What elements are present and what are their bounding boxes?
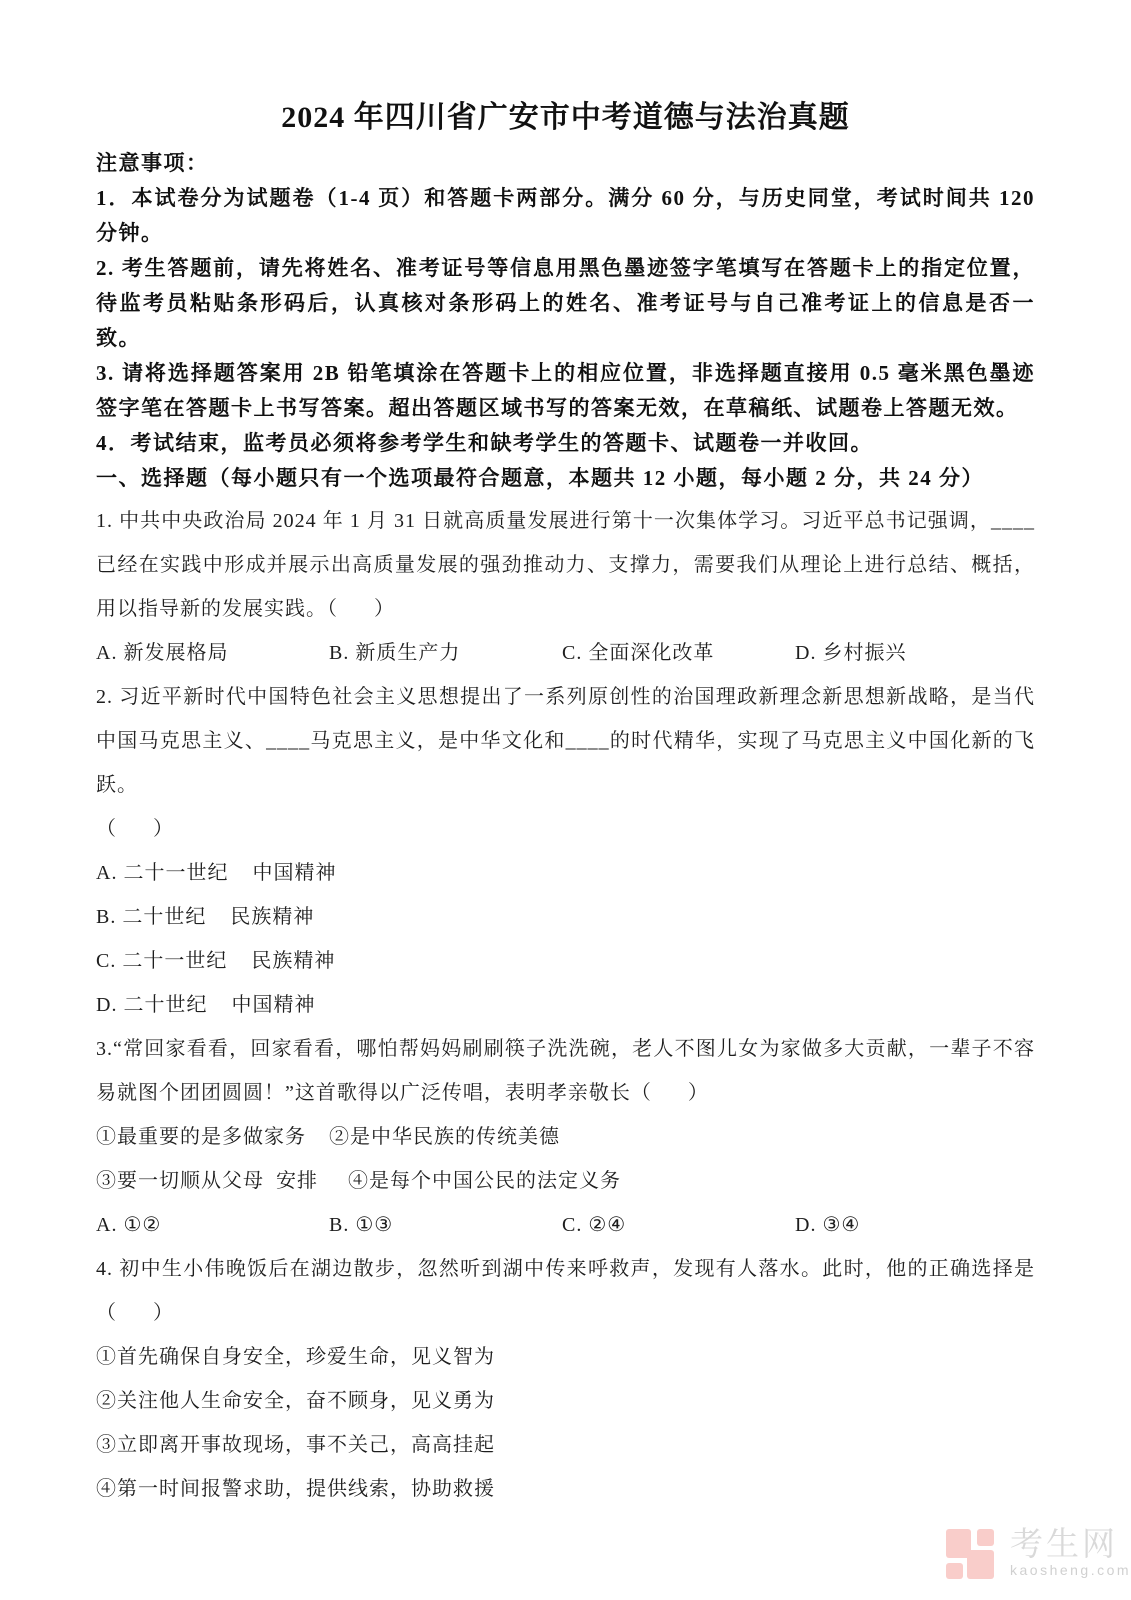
question-3-option-a: A. ①② bbox=[96, 1203, 329, 1247]
notice-item-2: 2. 考生答题前，请先将姓名、准考证号等信息用黑色墨迹签字笔填写在答题卡上的指定… bbox=[96, 251, 1035, 356]
question-3-stem: 3.“常回家看看，回家看看，哪怕帮妈妈刷刷筷子洗洗碗，老人不图儿女为家做多大贡献… bbox=[96, 1027, 1035, 1115]
notice-item-4: 4．考试结束，监考员必须将参考学生和缺考学生的答题卡、试题卷一并收回。 bbox=[96, 426, 1035, 461]
question-3-option-c: C. ②④ bbox=[562, 1203, 795, 1247]
watermark: 考生网 kaosheng.com bbox=[946, 1524, 1131, 1579]
notice-item-1: 1．本试卷分为试题卷（1-4 页）和答题卡两部分。满分 60 分，与历史同堂，考… bbox=[96, 181, 1035, 251]
question-1-option-b: B. 新质生产力 bbox=[329, 631, 562, 675]
question-1-stem: 1. 中共中央政治局 2024 年 1 月 31 日就高质量发展进行第十一次集体… bbox=[96, 499, 1035, 631]
question-1-option-a: A. 新发展格局 bbox=[96, 631, 329, 675]
question-3-option-d: D. ③④ bbox=[795, 1203, 1035, 1247]
question-2-option-a: A. 二十一世纪 中国精神 bbox=[96, 851, 1035, 895]
question-3-statements-row-1: ①最重要的是多做家务 ②是中华民族的传统美德 bbox=[96, 1115, 1035, 1159]
question-1-options: A. 新发展格局 B. 新质生产力 C. 全面深化改革 D. 乡村振兴 bbox=[96, 631, 1035, 675]
question-3-statement-1: ①最重要的是多做家务 bbox=[96, 1115, 329, 1159]
watermark-text: 考生网 kaosheng.com bbox=[1010, 1526, 1131, 1579]
question-3-statements-row-2: ③要一切顺从父母 安排 ④是每个中国公民的法定义务 bbox=[96, 1159, 1035, 1203]
question-1-option-c: C. 全面深化改革 bbox=[562, 631, 795, 675]
question-2-stem: 2. 习近平新时代中国特色社会主义思想提出了一系列原创性的治国理政新理念新思想新… bbox=[96, 675, 1035, 807]
section-one-heading: 一、选择题（每小题只有一个选项最符合题意，本题共 12 小题，每小题 2 分，共… bbox=[96, 461, 1035, 496]
question-2-answer-parens: （ ） bbox=[96, 807, 1035, 851]
question-2-option-b: B. 二十世纪 民族精神 bbox=[96, 895, 1035, 939]
question-4-statement-3: ③立即离开事故现场，事不关己，高高挂起 bbox=[96, 1423, 1035, 1467]
question-4-statement-1: ①首先确保自身安全，珍爱生命，见义智为 bbox=[96, 1335, 1035, 1379]
question-3-statement-3: ③要一切顺从父母 安排 bbox=[96, 1159, 348, 1203]
question-2-option-d: D. 二十世纪 中国精神 bbox=[96, 983, 1035, 1027]
kaosheng-logo-icon bbox=[946, 1524, 1003, 1579]
question-4-statement-4: ④第一时间报警求助，提供线索，协助救援 bbox=[96, 1467, 1035, 1511]
question-4-statement-2: ②关注他人生命安全，奋不顾身，见义勇为 bbox=[96, 1379, 1035, 1423]
notice-section: 注意事项： 1．本试卷分为试题卷（1-4 页）和答题卡两部分。满分 60 分，与… bbox=[96, 146, 1035, 496]
notice-item-3: 3. 请将选择题答案用 2B 铅笔填涂在答题卡上的相应位置，非选择题直接用 0.… bbox=[96, 356, 1035, 426]
watermark-site-url: kaosheng.com bbox=[1010, 1562, 1131, 1579]
question-1-option-d: D. 乡村振兴 bbox=[795, 631, 1035, 675]
question-4-stem: 4. 初中生小伟晚饭后在湖边散步，忽然听到湖中传来呼救声，发现有人落水。此时，他… bbox=[96, 1247, 1035, 1335]
question-3-statement-2: ②是中华民族的传统美德 bbox=[329, 1115, 560, 1159]
question-2-option-c: C. 二十一世纪 民族精神 bbox=[96, 939, 1035, 983]
exam-paper-content: 2024 年四川省广安市中考道德与法治真题 注意事项： 1．本试卷分为试题卷（1… bbox=[0, 0, 1131, 1511]
question-3-statement-4: ④是每个中国公民的法定义务 bbox=[348, 1159, 621, 1203]
notice-heading: 注意事项： bbox=[96, 146, 1035, 181]
exam-paper-page: 2024 年四川省广安市中考道德与法治真题 注意事项： 1．本试卷分为试题卷（1… bbox=[0, 0, 1131, 1600]
watermark-site-name: 考生网 bbox=[1010, 1526, 1131, 1562]
page-title: 2024 年四川省广安市中考道德与法治真题 bbox=[96, 0, 1035, 140]
question-3-options: A. ①② B. ①③ C. ②④ D. ③④ bbox=[96, 1203, 1035, 1247]
question-3-option-b: B. ①③ bbox=[329, 1203, 562, 1247]
questions-section: 1. 中共中央政治局 2024 年 1 月 31 日就高质量发展进行第十一次集体… bbox=[96, 499, 1035, 1511]
